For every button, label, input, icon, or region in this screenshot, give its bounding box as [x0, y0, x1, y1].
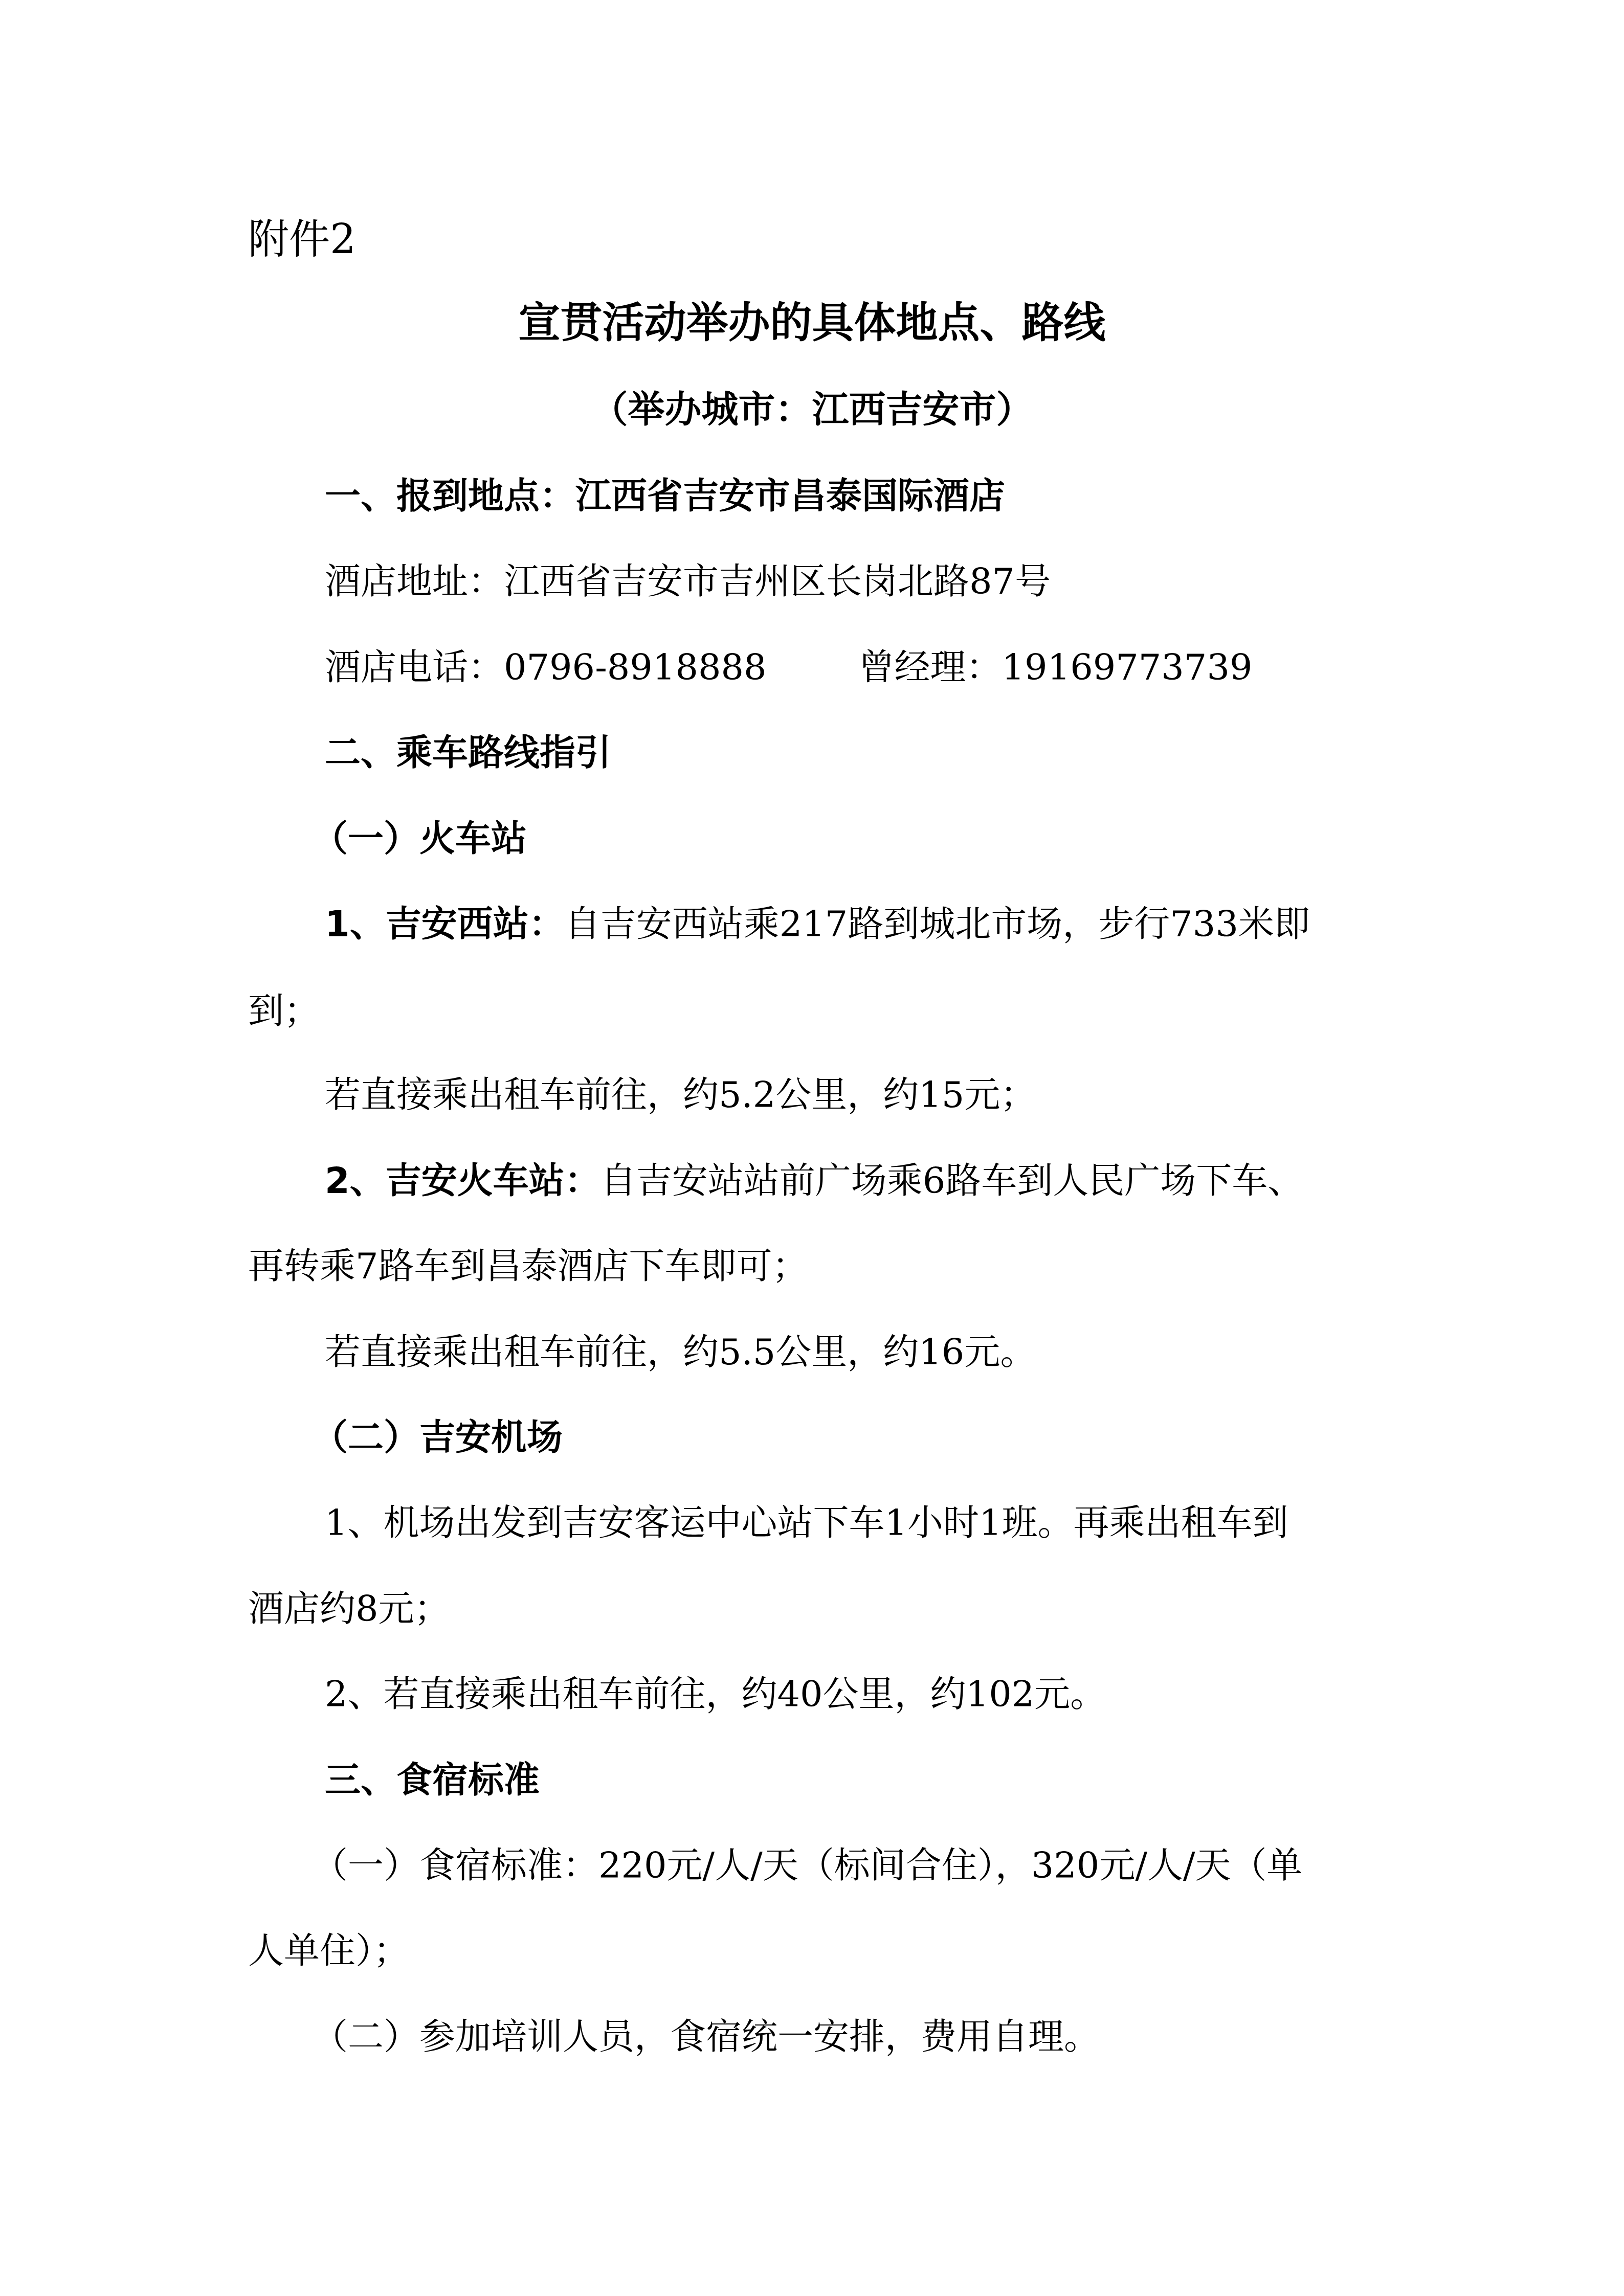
train-item1-continued: 到；	[248, 985, 320, 1037]
accommodation-item1-continued: 人单住）；	[248, 1925, 409, 1976]
accommodation-item2: （二）参加培训人员，食宿统一安排，费用自理。	[312, 2011, 1100, 2062]
airport-heading: （二）吉安机场	[312, 1412, 563, 1463]
section1-heading: 一、报到地点：江西省吉安市昌泰国际酒店	[325, 470, 1005, 522]
hotel-contact: 酒店电话：0796-8918888曾经理：19169773739	[325, 642, 1252, 693]
airport-item1: 1、机场出发到吉安客运中心站下车1小时1班。再乘出租车到	[325, 1497, 1288, 1548]
manager-phone: 曾经理：19169773739	[859, 646, 1253, 688]
train-item1: 1、吉安西站：自吉安西站乘217路到城北市场，步行733米即	[325, 898, 1310, 950]
train-item1-label: 1、吉安西站：	[325, 903, 565, 945]
train-item2-continued: 再转乘7路车到昌泰酒店下车即可；	[248, 1241, 808, 1292]
attachment-label: 附件2	[248, 214, 356, 265]
document-title: 宣贯活动举办的具体地点、路线	[0, 298, 1624, 349]
train-item2: 2、吉安火车站：自吉安站站前广场乘6路车到人民广场下车、	[325, 1155, 1303, 1206]
section3-heading: 三、食宿标准	[325, 1754, 540, 1806]
section2-heading: 二、乘车路线指引	[325, 727, 611, 778]
airport-item2: 2、若直接乘出租车前往，约40公里，约102元。	[325, 1669, 1106, 1720]
train-item2-taxi: 若直接乘出租车前往，约5.5公里，约16元。	[325, 1326, 1036, 1378]
hotel-phone: 酒店电话：0796-8918888	[325, 646, 767, 688]
accommodation-item1: （一）食宿标准：220元/人/天（标间合住），320元/人/天（单	[312, 1840, 1303, 1891]
airport-item1-continued: 酒店约8元；	[248, 1583, 450, 1634]
train-heading: （一）火车站	[312, 813, 527, 864]
train-item2-text: 自吉安站站前广场乘6路车到人民广场下车、	[600, 1160, 1304, 1202]
train-item1-text: 自吉安西站乘217路到城北市场，步行733米即	[565, 903, 1310, 945]
hotel-address: 酒店地址：江西省吉安市吉州区长岗北路87号	[325, 556, 1051, 607]
document-page: 附件2 宣贯活动举办的具体地点、路线 （举办城市：江西吉安市） 一、报到地点：江…	[0, 0, 1624, 2296]
train-item1-taxi: 若直接乘出租车前往，约5.2公里，约15元；	[325, 1069, 1036, 1120]
document-subtitle: （举办城市：江西吉安市）	[0, 384, 1624, 435]
train-item2-label: 2、吉安火车站：	[325, 1160, 600, 1202]
